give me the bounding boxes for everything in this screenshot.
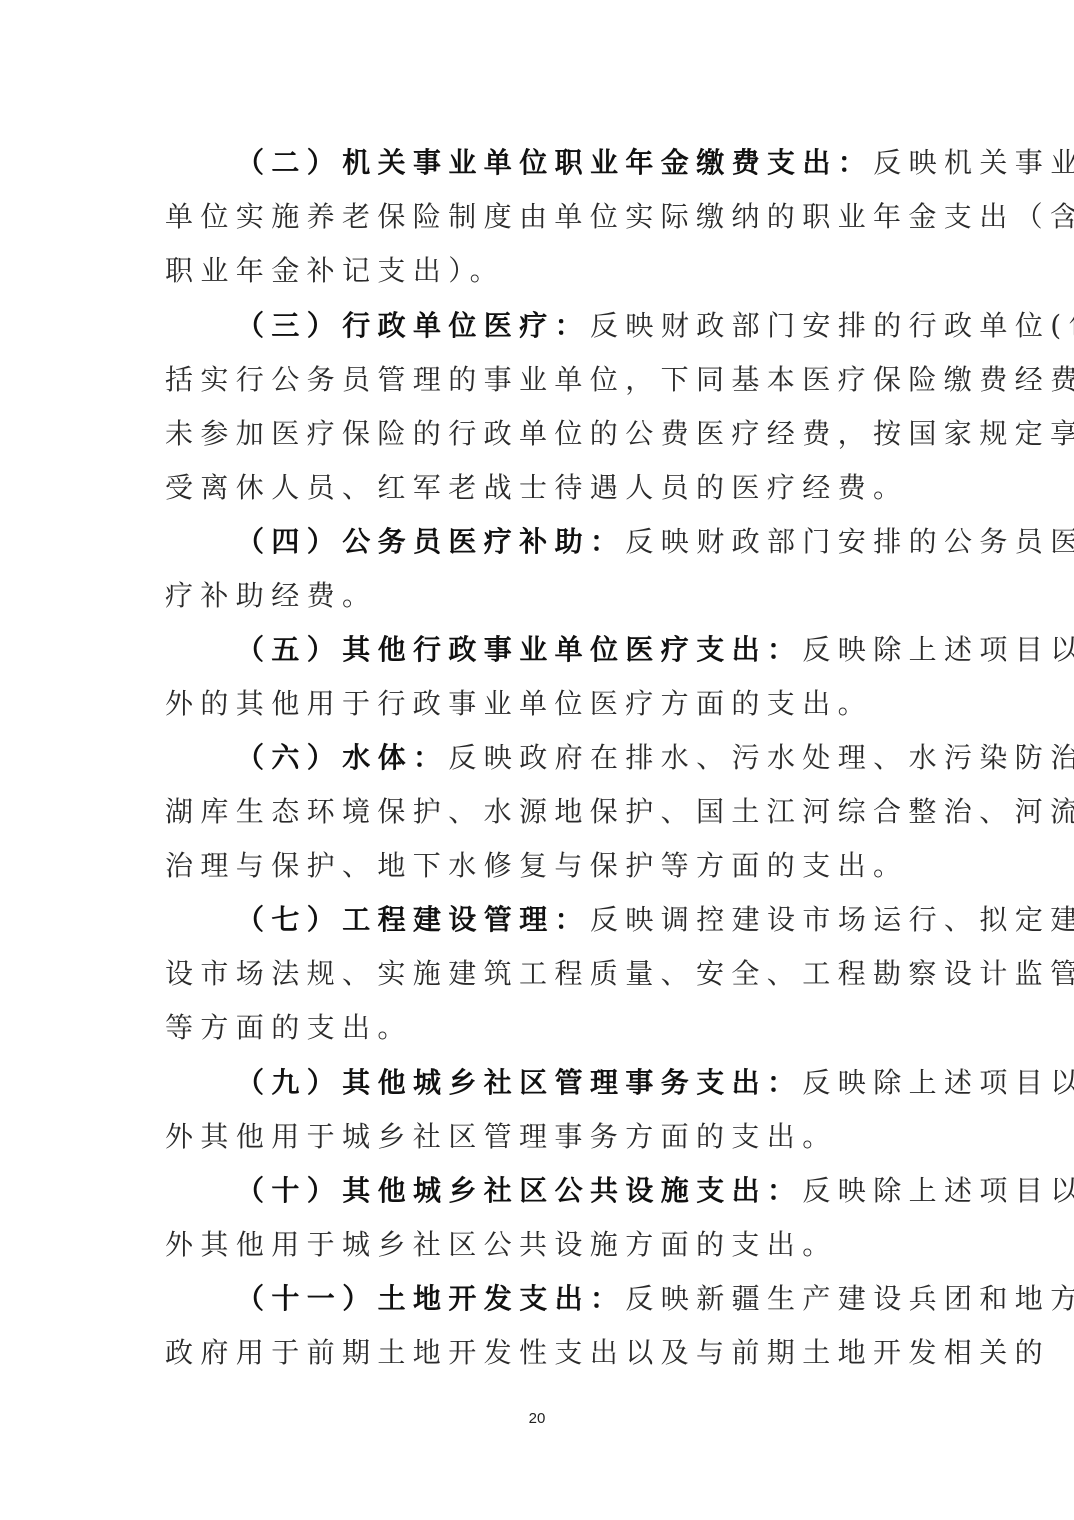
section-3-line-1: （三）行政单位医疗：反映财政部门安排的行政单位(包: [236, 306, 996, 346]
paragraph-text: 外其他用于城乡社区管理事务方面的支出。: [165, 1120, 838, 1153]
section-9-line-2: 外其他用于城乡社区管理事务方面的支出。: [165, 1117, 925, 1157]
section-7-line-3: 等方面的支出。: [165, 1008, 925, 1048]
section-6-line-3: 治理与保护、地下水修复与保护等方面的支出。: [165, 846, 925, 886]
section-6-line-2: 湖库生态环境保护、水源地保护、国土江河综合整治、河流: [165, 792, 925, 832]
section-6-line-1: （六）水体：反映政府在排水、污水处理、水污染防治、: [236, 738, 996, 778]
paragraph-text: 疗补助经费。: [165, 579, 377, 612]
section-2-text: 反映机关事业: [873, 146, 1074, 179]
section-11-line-1: （十一）土地开发支出：反映新疆生产建设兵团和地方: [236, 1279, 996, 1319]
section-10-line-2: 外其他用于城乡社区公共设施方面的支出。: [165, 1225, 925, 1265]
page-number: 20: [0, 1410, 1074, 1427]
section-11-heading: （十一）土地开发支出：: [236, 1282, 625, 1315]
section-4-text: 反映财政部门安排的公务员医: [625, 525, 1074, 558]
paragraph-text: 设市场法规、实施建筑工程质量、安全、工程勘察设计监管: [165, 957, 1074, 990]
section-9-heading: （九）其他城乡社区管理事务支出：: [236, 1066, 802, 1099]
paragraph-text: 括实行公务员管理的事业单位，下同基本医疗保险缴费经费，: [165, 363, 1074, 396]
section-3-line-3: 未参加医疗保险的行政单位的公费医疗经费，按国家规定享: [165, 414, 925, 454]
section-11-text: 反映新疆生产建设兵团和地方: [625, 1282, 1074, 1315]
paragraph-text: 未参加医疗保险的行政单位的公费医疗经费，按国家规定享: [165, 417, 1074, 450]
section-7-line-2: 设市场法规、实施建筑工程质量、安全、工程勘察设计监管: [165, 954, 925, 994]
section-3-text: 反映财政部门安排的行政单位(包: [590, 309, 1074, 342]
section-6-heading: （六）水体：: [236, 741, 448, 774]
section-2-line-2: 单位实施养老保险制度由单位实际缴纳的职业年金支出（含: [165, 197, 925, 237]
section-2-line-3: 职业年金补记支出）。: [165, 251, 925, 291]
paragraph-text: 单位实施养老保险制度由单位实际缴纳的职业年金支出（含: [165, 200, 1074, 233]
section-10-line-1: （十）其他城乡社区公共设施支出：反映除上述项目以: [236, 1171, 996, 1211]
paragraph-text: 湖库生态环境保护、水源地保护、国土江河综合整治、河流: [165, 795, 1074, 828]
section-10-text: 反映除上述项目以: [802, 1174, 1074, 1207]
section-2-heading: （二）机关事业单位职业年金缴费支出：: [236, 146, 873, 179]
section-4-line-2: 疗补助经费。: [165, 576, 925, 616]
section-4-line-1: （四）公务员医疗补助：反映财政部门安排的公务员医: [236, 522, 996, 562]
section-3-heading: （三）行政单位医疗：: [236, 309, 590, 342]
section-9-line-1: （九）其他城乡社区管理事务支出：反映除上述项目以: [236, 1063, 996, 1103]
section-3-line-2: 括实行公务员管理的事业单位，下同基本医疗保险缴费经费，: [165, 360, 925, 400]
paragraph-text: 治理与保护、地下水修复与保护等方面的支出。: [165, 849, 908, 882]
section-3-line-4: 受离休人员、红军老战士待遇人员的医疗经费。: [165, 468, 925, 508]
section-7-text: 反映调控建设市场运行、拟定建: [590, 903, 1074, 936]
section-11-line-2: 政府用于前期土地开发性支出以及与前期土地开发相关的: [165, 1333, 925, 1373]
section-2-line-1: （二）机关事业单位职业年金缴费支出：反映机关事业: [236, 143, 996, 183]
paragraph-text: 受离休人员、红军老战士待遇人员的医疗经费。: [165, 471, 908, 504]
paragraph-text: 外其他用于城乡社区公共设施方面的支出。: [165, 1228, 838, 1261]
section-9-text: 反映除上述项目以: [802, 1066, 1074, 1099]
section-5-heading: （五）其他行政事业单位医疗支出：: [236, 633, 802, 666]
section-5-line-1: （五）其他行政事业单位医疗支出：反映除上述项目以: [236, 630, 996, 670]
section-5-text: 反映除上述项目以: [802, 633, 1074, 666]
section-7-heading: （七）工程建设管理：: [236, 903, 590, 936]
document-page: （二）机关事业单位职业年金缴费支出：反映机关事业 单位实施养老保险制度由单位实际…: [0, 0, 1074, 1520]
paragraph-text: 政府用于前期土地开发性支出以及与前期土地开发相关的: [165, 1336, 1050, 1369]
section-4-heading: （四）公务员医疗补助：: [236, 525, 625, 558]
paragraph-text: 职业年金补记支出）。: [165, 254, 505, 287]
paragraph-text: 等方面的支出。: [165, 1011, 413, 1044]
paragraph-text: 外的其他用于行政事业单位医疗方面的支出。: [165, 687, 873, 720]
section-5-line-2: 外的其他用于行政事业单位医疗方面的支出。: [165, 684, 925, 724]
section-6-text: 反映政府在排水、污水处理、水污染防治、: [448, 741, 1074, 774]
section-7-line-1: （七）工程建设管理：反映调控建设市场运行、拟定建: [236, 900, 996, 940]
section-10-heading: （十）其他城乡社区公共设施支出：: [236, 1174, 802, 1207]
